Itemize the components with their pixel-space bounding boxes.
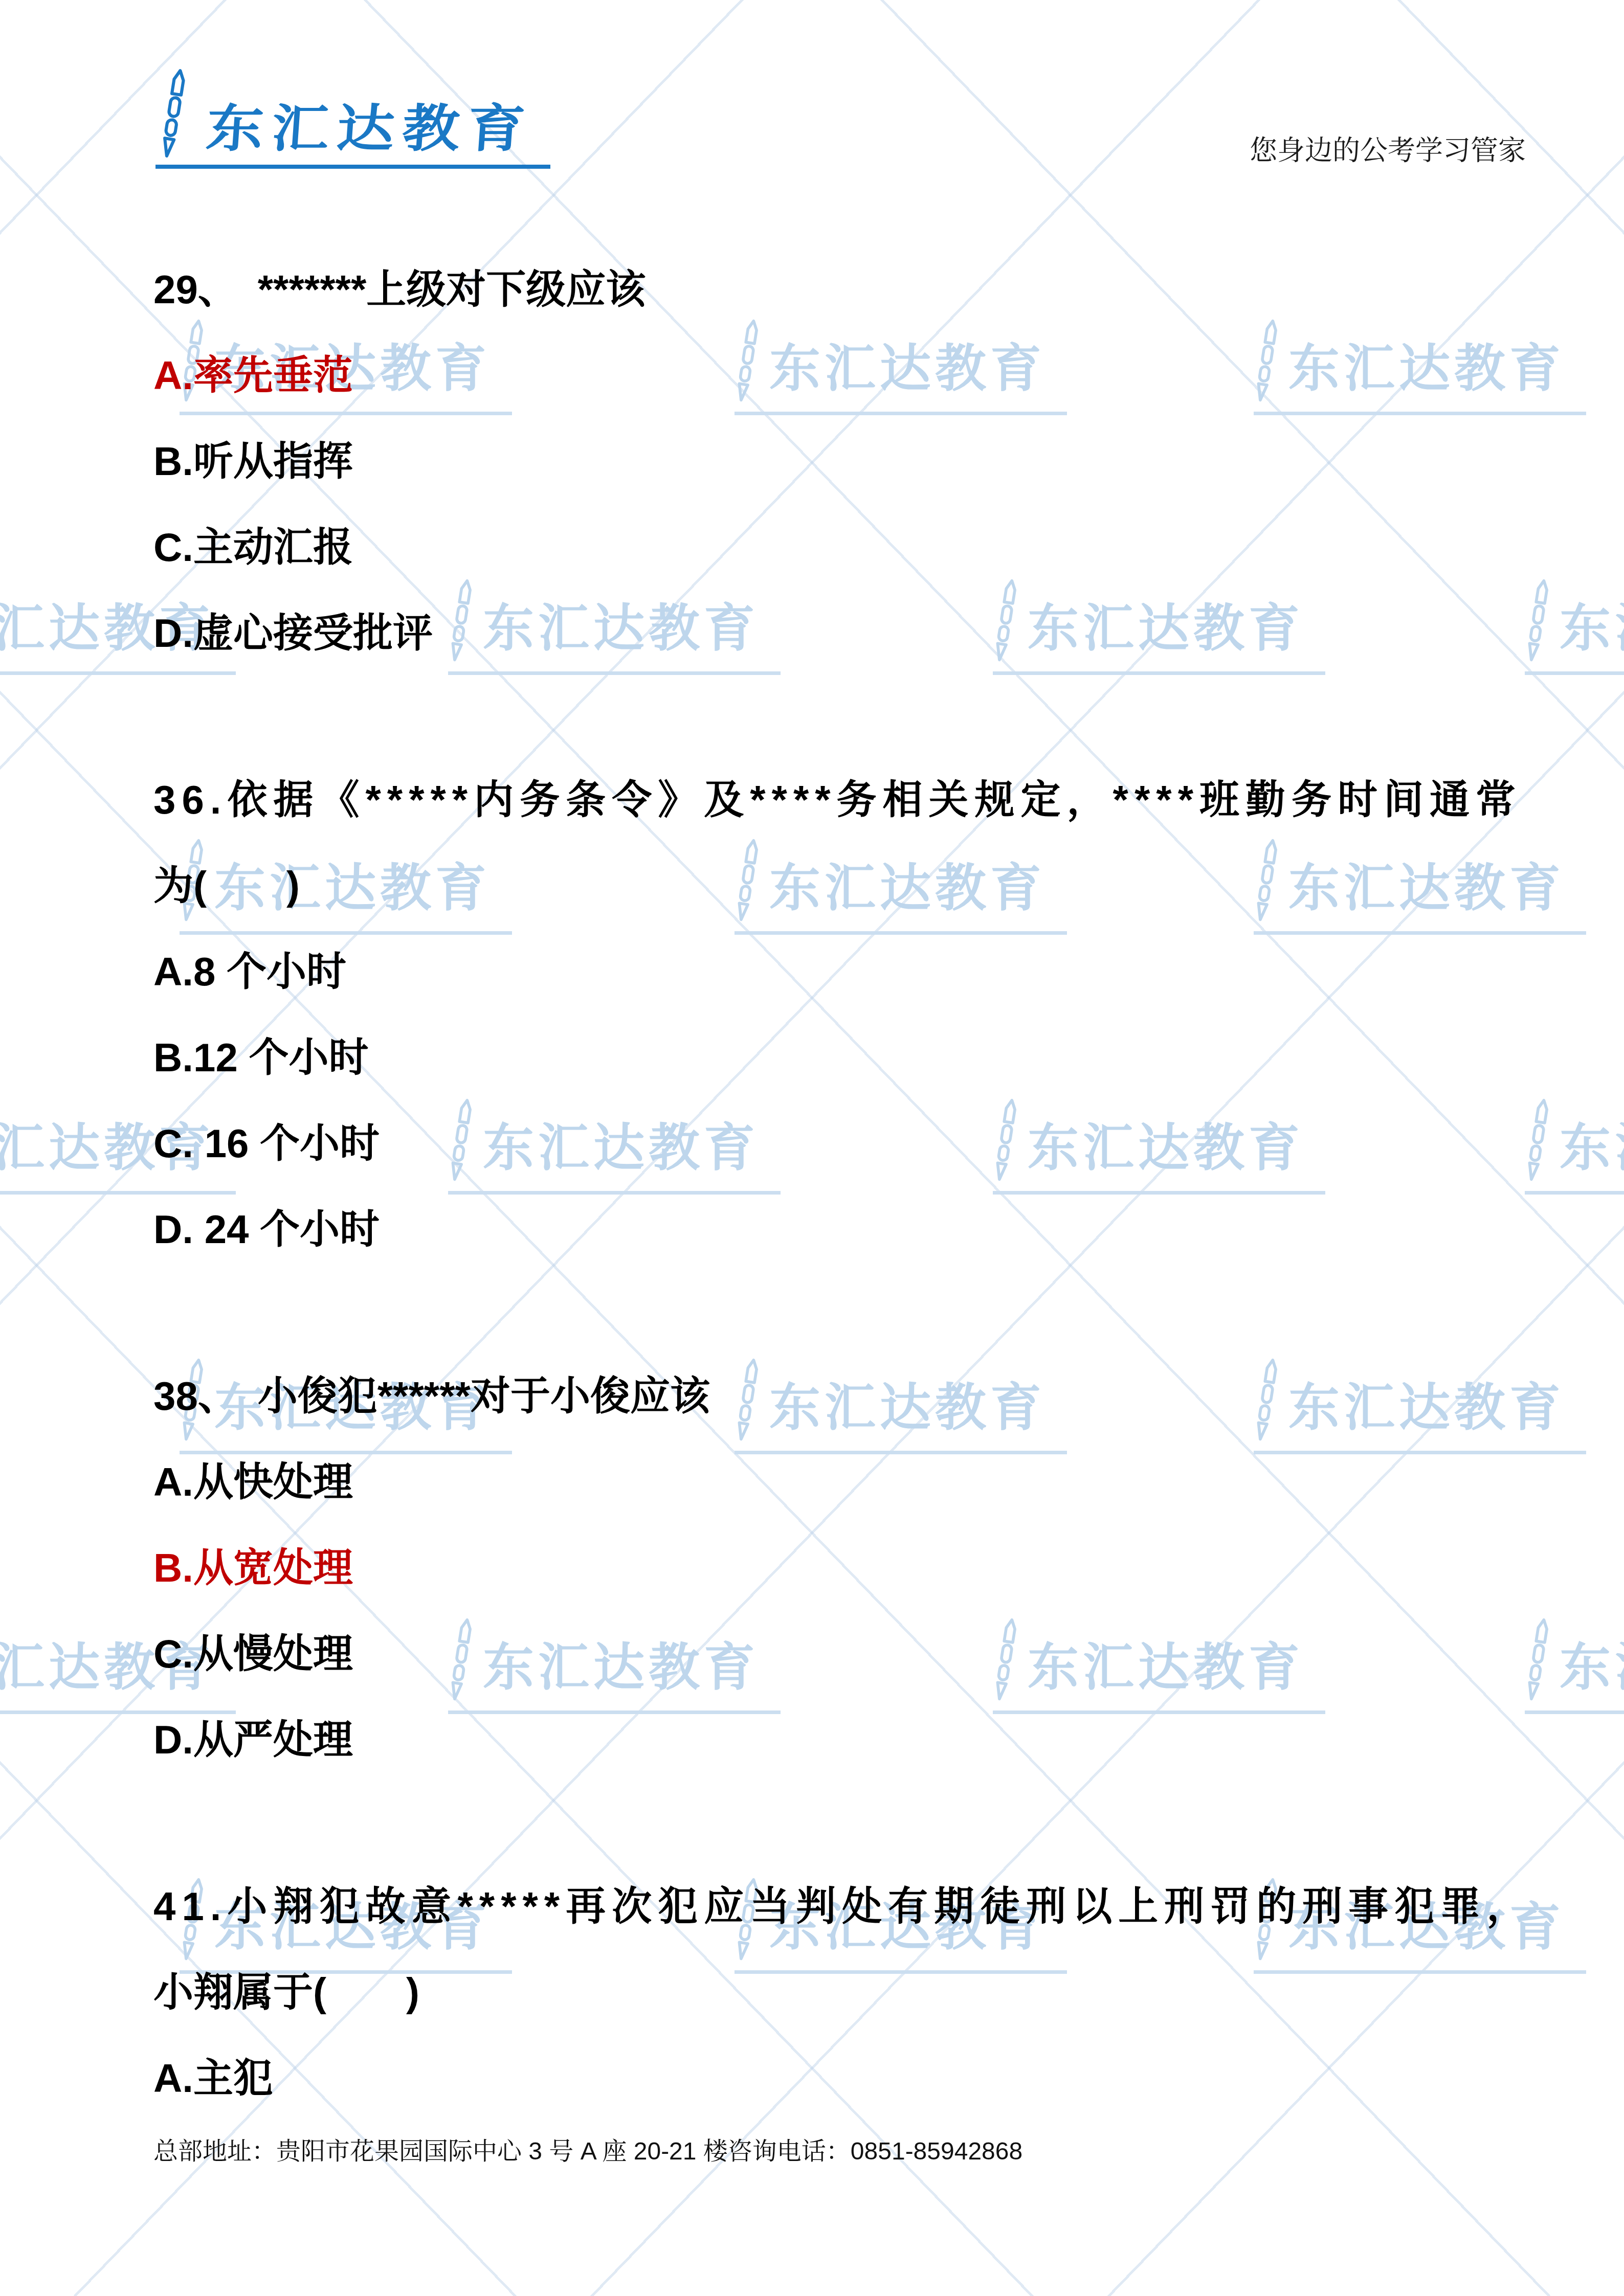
option-line: C.主动汇报 [153, 504, 1578, 590]
question-block: 41.小翔犯故意*****再次犯应当判处有期徒刑以上刑罚的刑事犯罪，小翔属于( … [153, 1863, 1578, 2121]
option-line: C. 16 个小时 [153, 1100, 1578, 1186]
option-line: A.从快处理 [153, 1439, 1578, 1525]
logo-underline [155, 165, 550, 169]
stem-line: 38、 小俊犯******对于小俊应该 [153, 1353, 1578, 1439]
option-line: B.听从指挥 [153, 418, 1578, 504]
page: 东汇达教育 东汇达教育 东汇达教育 东汇达教育 东汇达教育 [0, 0, 1624, 2296]
logo: 东汇达教育 [152, 71, 496, 162]
stem-line: 为( ) [153, 843, 1578, 929]
logo-text: 东汇达教育 [205, 103, 535, 154]
option-line: B.12 个小时 [153, 1015, 1578, 1100]
option-line: D.虚心接受批评 [153, 590, 1578, 676]
pen-icon [152, 68, 194, 162]
content: 29、 *******上级对下级应该A.率先垂范B.听从指挥C.主动汇报D.虚心… [153, 246, 1578, 2121]
option-line: A.8 个小时 [153, 929, 1578, 1015]
footer: 总部地址：贵阳市花果园国际中心 3 号 A 座 20-21 楼咨询电话：0851… [153, 2131, 1022, 2167]
stem-line: 41.小翔犯故意*****再次犯应当判处有期徒刑以上刑罚的刑事犯罪， [153, 1863, 1578, 1949]
footer-text: 总部地址：贵阳市花果园国际中心 3 号 A 座 20-21 楼咨询电话：0851… [153, 2138, 1022, 2165]
stem-line: 29、 *******上级对下级应该 [153, 246, 1578, 332]
stem-line: 小翔属于( ) [153, 1949, 1578, 2035]
option-line: A.主犯 [153, 2035, 1578, 2121]
option-line: D. 24 个小时 [153, 1186, 1578, 1272]
option-line: D.从严处理 [153, 1697, 1578, 1783]
tagline: 您身边的公考学习管家 [1250, 129, 1526, 168]
stem-line: 36.依据《*****内务条令》及****务相关规定，****班勤务时间通常 [153, 757, 1578, 843]
question-block: 38、 小俊犯******对于小俊应该A.从快处理B.从宽处理C.从慢处理D.从… [153, 1353, 1578, 1783]
option-line: A.率先垂范 [153, 332, 1578, 418]
question-block: 29、 *******上级对下级应该A.率先垂范B.听从指挥C.主动汇报D.虚心… [153, 246, 1578, 676]
question-block: 36.依据《*****内务条令》及****务相关规定，****班勤务时间通常为(… [153, 757, 1578, 1272]
option-line: B.从宽处理 [153, 1525, 1578, 1611]
option-line: C.从慢处理 [153, 1611, 1578, 1697]
